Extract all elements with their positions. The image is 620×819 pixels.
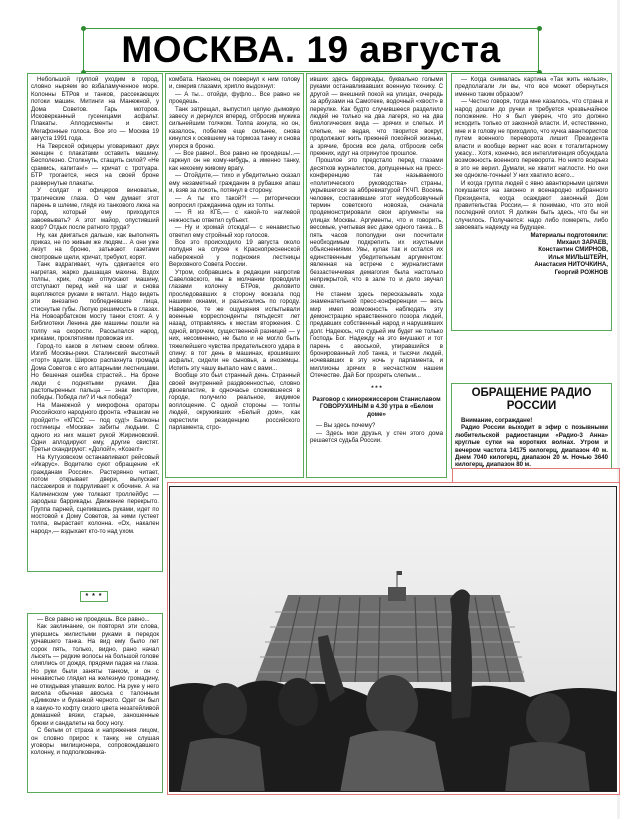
radio-appeal-body: Радио России выходит в эфир с позывными … bbox=[455, 424, 608, 468]
paragraph: комбата. Наконец он повернул к ним голов… bbox=[169, 76, 300, 91]
paragraph: — А ты... отойди, фуфло... Все равно не … bbox=[169, 91, 300, 106]
paragraph: Как заклинание, он повторял эти слова, у… bbox=[31, 623, 159, 727]
paragraph: С белым от страха и напряжения лицом, он… bbox=[31, 727, 159, 757]
paragraph: — Вы здесь почему? bbox=[310, 422, 443, 429]
credit-name: Георгий РОЖНОВ bbox=[455, 269, 608, 276]
paragraph: — Отойдите,— тихо и убедительно сказал е… bbox=[169, 172, 300, 194]
paragraph: — А ты кто такой?! — риторически вопроси… bbox=[169, 195, 300, 210]
paragraph: Прошлое это предстало перед глазами деся… bbox=[310, 157, 443, 290]
article-column-2[interactable]: комбата. Наконец он повернул к ним голов… bbox=[165, 73, 304, 478]
paragraph: Небольшой группой уходим в город, словно… bbox=[31, 76, 159, 143]
selection-outline bbox=[452, 468, 620, 482]
article-column-1-lower[interactable]: — Все равно не проедешь. Все равно... Ка… bbox=[27, 613, 163, 793]
paragraph: — Здесь мои друзья, у стен этого дома ре… bbox=[310, 430, 443, 445]
section-separator: * * * bbox=[310, 385, 443, 392]
article-column-3[interactable]: ивших здесь баррикады, буквально голыми … bbox=[306, 73, 447, 478]
paragraph: Танк затрещал, выпустил целую дымовую за… bbox=[169, 106, 300, 150]
paragraph: На Манежной у микрофона ораторы Российск… bbox=[31, 402, 159, 454]
paragraph: — Когда снималась картина «Так жить нель… bbox=[455, 76, 608, 98]
paragraph: Все это происходило 19 августа около пол… bbox=[169, 239, 300, 269]
paragraph: Танк вздрагивает, чуть сдвигается его на… bbox=[31, 261, 159, 342]
article-column-1[interactable]: Небольшой группой уходим в город, словно… bbox=[27, 73, 163, 572]
paragraph: — Я из КГБ,— с какой-то наглевой нежност… bbox=[169, 209, 300, 224]
interview-heading: Разговор с кинорежиссером Станиславом ГО… bbox=[310, 396, 443, 418]
paragraph: — Честно говоря, тогда мне казалось, что… bbox=[455, 98, 608, 179]
paragraph: Ну, как двигаться дальше, как выполнять … bbox=[31, 232, 159, 262]
paragraph: На Тверской офицеры уговаривают двух жен… bbox=[31, 143, 159, 187]
credit-name: Анастасия НИТОЧКИНА, bbox=[455, 261, 608, 268]
paragraph: ивших здесь баррикады, буквально голыми … bbox=[310, 76, 443, 157]
credits-label: Материалы подготовили: bbox=[455, 232, 608, 239]
article-column-4[interactable]: — Когда снималась картина «Так жить нель… bbox=[451, 73, 612, 331]
radio-appeal-greeting: Внимание, сограждане! bbox=[455, 417, 608, 424]
radio-appeal-title: ОБРАЩЕНИЕ РАДИО РОССИИ bbox=[455, 387, 608, 413]
crowd-photo[interactable] bbox=[169, 486, 617, 792]
credit-name: Константин СМИРНОВ, bbox=[455, 246, 608, 253]
headline[interactable]: МОСКВА. 19 августа bbox=[83, 28, 539, 72]
radio-appeal-box[interactable]: ОБРАЩЕНИЕ РАДИО РОССИИ Внимание, согражд… bbox=[451, 383, 612, 469]
paragraph: Не станем здесь пересказывать хода знаме… bbox=[310, 291, 443, 380]
credit-name: Илья МИЛЬШТЕЙН, bbox=[455, 254, 608, 261]
resize-handle[interactable] bbox=[81, 26, 86, 31]
resize-handle[interactable] bbox=[537, 26, 542, 31]
paragraph: И когда группа людей с явно авантюрными … bbox=[455, 180, 608, 232]
paragraph: На Кутузовском останавливают рейсовый «И… bbox=[31, 454, 159, 535]
paragraph: — Ну и хромай отсюда!— с ненавистью отве… bbox=[169, 224, 300, 239]
paragraph: У солдат и офицеров виноватые, трагическ… bbox=[31, 187, 159, 231]
paragraph: Утром, собравшись в редакции напротив Са… bbox=[169, 269, 300, 373]
paragraph: Вообще это был странный день. Странный с… bbox=[169, 372, 300, 431]
photo-image bbox=[170, 487, 617, 792]
credit-name: Михаил ЗАРАЕВ, bbox=[455, 239, 608, 246]
paragraph: — Все равно!.. Все равно не проедешь!..—… bbox=[169, 150, 300, 172]
paragraph: Город-то каков в летнем своем облике. Из… bbox=[31, 343, 159, 402]
paragraph: — Все равно не проедешь. Все равно... bbox=[31, 616, 159, 623]
section-separator[interactable]: * * * bbox=[80, 591, 108, 602]
